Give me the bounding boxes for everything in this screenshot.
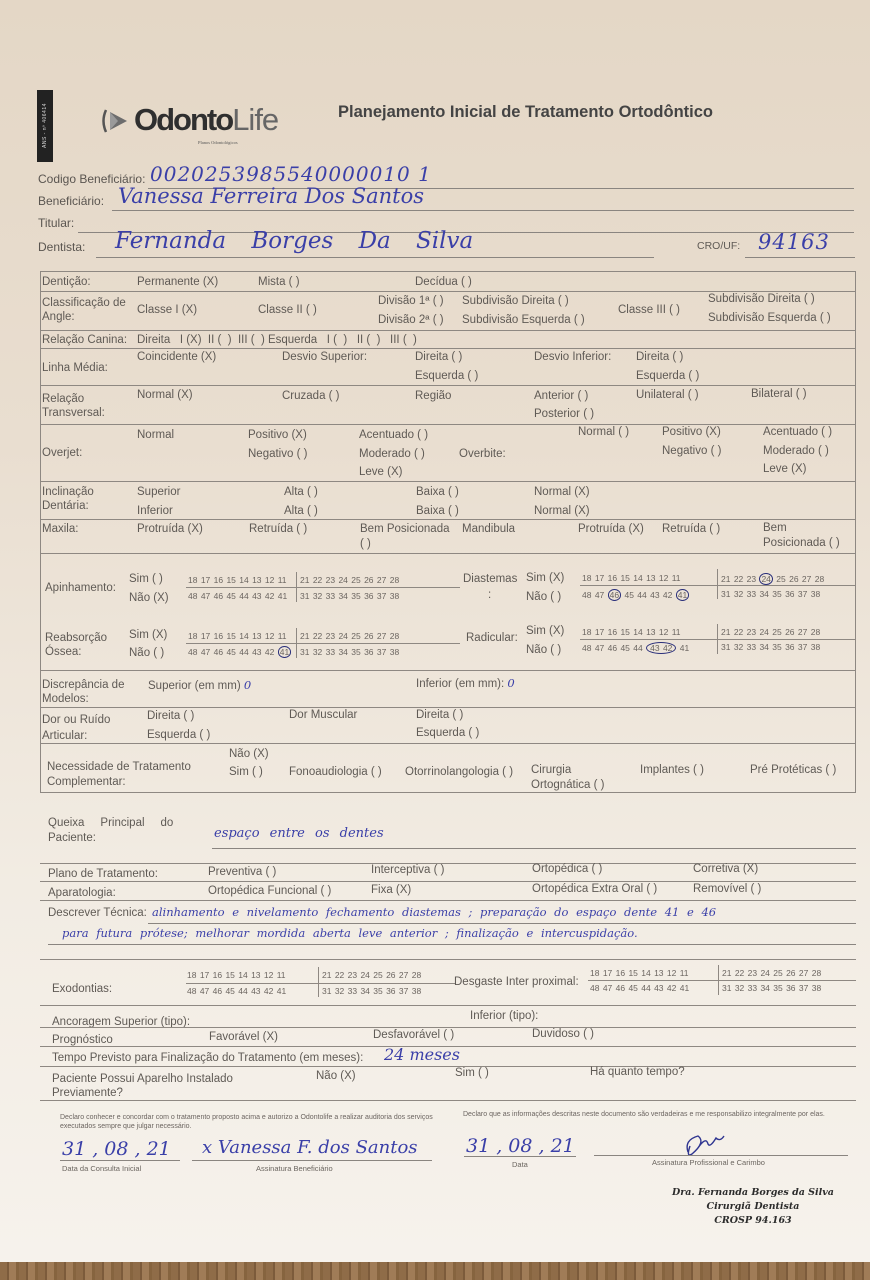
stamp-crosp: CROSP 94.163	[672, 1214, 834, 1228]
divider	[40, 1005, 856, 1006]
mandibula-bem-posicionada-checkbox[interactable]: Posicionada ( )	[763, 537, 840, 549]
assinatura-beneficiario-underline	[192, 1160, 432, 1161]
dentista-row: Dentista:	[38, 240, 85, 254]
teeth-divider	[186, 587, 460, 588]
stamp-name: Dra. Fernanda Borges da Silva	[672, 1186, 834, 1200]
reabsorcao-upper-right-teeth[interactable]: 18 17 16 15 14 13 12 11	[188, 631, 287, 641]
overjet-leve-checkbox[interactable]: Leve (X)	[359, 466, 402, 478]
tecnica-line1[interactable]: alinhamento e nivelamento fechamento dia…	[152, 905, 716, 919]
data-consulta-underline	[60, 1160, 180, 1161]
teeth-divider	[580, 639, 856, 640]
aparatologia-label: Aparatologia:	[48, 887, 116, 899]
transversal-unilateral-checkbox[interactable]: Unilateral ( )	[636, 389, 699, 401]
divider	[40, 553, 856, 554]
transversal-bilateral-checkbox[interactable]: Bilateral ( )	[751, 388, 807, 400]
circled-tooth-41[interactable]: 41	[676, 589, 689, 601]
radicular-nao-checkbox[interactable]: Não ( )	[526, 644, 561, 656]
prognostico-duvidoso-checkbox[interactable]: Duvidoso ( )	[532, 1028, 594, 1040]
necessidade-sim-checkbox[interactable]: Sim ( )	[229, 766, 263, 778]
angle-div1-checkbox[interactable]: Divisão 1ª ( )	[378, 295, 444, 307]
denticao-mista-checkbox[interactable]: Mista ( )	[258, 276, 300, 288]
declaracao-profissional: Declaro que as informações descritas nes…	[463, 1110, 853, 1119]
dentista-label: Dentista:	[38, 240, 85, 254]
apinhamento-nao-checkbox[interactable]: Não (X)	[129, 592, 169, 604]
linha-media-coincidente-checkbox[interactable]: Coincidente (X)	[137, 351, 216, 363]
desvio-inferior-label: Desvio Inferior:	[534, 351, 611, 363]
mandibula-bem-label: Bem	[763, 522, 787, 534]
teeth-midline	[296, 572, 297, 602]
tecnica-underline-1	[148, 923, 856, 924]
assinatura-profissional-underline	[594, 1155, 848, 1156]
overbite-acentuado-checkbox[interactable]: Acentuado ( )	[763, 426, 832, 438]
teeth-divider	[588, 980, 856, 981]
aparelho-previo-label: Paciente Possui Aparelho Instalado Previ…	[52, 1072, 262, 1100]
professional-signature-icon	[680, 1126, 730, 1162]
angle-classe2-checkbox[interactable]: Classe II ( )	[258, 304, 317, 316]
plano-label: Plano de Tratamento:	[48, 868, 158, 880]
teeth-divider	[186, 983, 456, 984]
exodontias-upper-left-teeth[interactable]: 21 22 23 24 25 26 27 28	[322, 970, 421, 980]
beneficiario-row: Beneficiário:	[38, 194, 104, 208]
wooden-table-background	[0, 1262, 870, 1280]
dentista-underline	[96, 257, 654, 258]
desvio-superior-label: Desvio Superior:	[282, 351, 367, 363]
reabsorcao-sim-checkbox[interactable]: Sim (X)	[129, 629, 167, 641]
overjet-normal-option[interactable]: Normal	[137, 429, 174, 441]
table-bottom-border	[40, 792, 856, 793]
desgaste-lower-left-teeth[interactable]: 31 32 33 34 35 36 37 38	[722, 983, 821, 993]
circled-tooth-24[interactable]: 24	[759, 573, 772, 585]
relacao-canina-options[interactable]: Direita I (X) II ( ) III ( ) Esquerda I …	[137, 334, 417, 346]
aparatologia-removivel-checkbox[interactable]: Removível ( )	[693, 883, 761, 895]
desgaste-upper-right-teeth[interactable]: 18 17 16 15 14 13 12 11	[590, 968, 689, 978]
mandibula-label: Mandibula	[462, 523, 515, 535]
aparelho-sim-checkbox[interactable]: Sim ( )	[455, 1067, 489, 1079]
teeth-midline	[296, 628, 297, 658]
titular-label: Titular:	[38, 216, 74, 230]
aparelho-nao-checkbox[interactable]: Não (X)	[316, 1070, 356, 1082]
desgaste-label: Desgaste Inter proximal:	[454, 976, 579, 988]
table-left-border	[40, 271, 41, 792]
logo-text-life: Life	[232, 102, 278, 137]
divider	[40, 291, 856, 292]
overbite-positivo-checkbox[interactable]: Positivo (X)	[662, 426, 721, 438]
table-top-border	[40, 271, 856, 272]
inclinacao-inferior-label: Inferior	[137, 505, 173, 517]
teeth-midline	[717, 624, 718, 654]
page-title: Planejamento Inicial de Tratamento Ortod…	[338, 103, 713, 122]
aparelho-quanto-tempo-field[interactable]: Há quanto tempo?	[590, 1066, 685, 1078]
divider	[40, 348, 856, 349]
maxila-bem-posicionada-label: Bem Posicionada	[360, 523, 450, 535]
stamp-title: Cirurgiã Dentista	[672, 1200, 834, 1214]
overbite-leve-checkbox[interactable]: Leve (X)	[763, 463, 806, 475]
codigo-value[interactable]: 0020253985540000010 1	[150, 162, 432, 186]
transversal-posterior-checkbox[interactable]: Posterior ( )	[534, 408, 594, 420]
queixa-label-line1: Queixa Principal do	[48, 817, 173, 829]
maxila-label: Maxila:	[42, 523, 78, 535]
maxila-retruida-checkbox[interactable]: Retruída ( )	[249, 523, 307, 535]
radicular-sim-checkbox[interactable]: Sim (X)	[526, 625, 564, 637]
cirurgia-ortognatica-checkbox[interactable]: Ortognática ( )	[531, 779, 605, 791]
radicular-upper-right-teeth[interactable]: 18 17 16 15 14 13 12 11	[582, 627, 681, 637]
transversal-anterior-checkbox[interactable]: Anterior ( )	[534, 390, 588, 402]
discrepancia-superior[interactable]: Superior (em mm) 0	[148, 678, 251, 692]
inclinacao-superior-label: Superior	[137, 486, 180, 498]
dor-muscular-esquerda-checkbox[interactable]: Esquerda ( )	[416, 727, 479, 739]
queixa-label-line2: Paciente:	[48, 832, 96, 844]
divider	[40, 881, 856, 882]
inclinacao-inferior-baixa-checkbox[interactable]: Baixa ( )	[416, 505, 459, 517]
overbite-moderado-checkbox[interactable]: Moderado ( )	[763, 445, 829, 457]
exodontias-label: Exodontias:	[52, 983, 112, 995]
diastemas-colon: :	[488, 589, 491, 601]
cro-label: CRO/UF:	[697, 240, 740, 252]
diastemas-upper-right-teeth[interactable]: 18 17 16 15 14 13 12 11	[582, 573, 681, 583]
apinhamento-lower-right-teeth[interactable]: 48 47 46 45 44 43 42 41	[188, 591, 287, 601]
plano-corretiva-checkbox[interactable]: Corretiva (X)	[693, 863, 758, 875]
maxila-protruida-checkbox[interactable]: Protruída (X)	[137, 523, 203, 535]
relacao-transversal-label: Relação Transversal:	[42, 392, 122, 420]
pre-proteticas-checkbox[interactable]: Pré Protéticas ( )	[750, 764, 836, 776]
declaracao-beneficiario: Declaro conhecer e concordar com o trata…	[60, 1113, 440, 1131]
desvio-inferior-esquerda-checkbox[interactable]: Esquerda ( )	[636, 370, 699, 382]
angle-classe3-subdivisao-direita-checkbox[interactable]: Subdivisão Direita ( )	[708, 293, 815, 305]
data-profissional-value[interactable]: 31 , 08 , 21	[466, 1135, 575, 1157]
desgaste-lower-right-teeth[interactable]: 48 47 46 45 44 43 42 41	[590, 983, 689, 993]
apinhamento-lower-left-teeth[interactable]: 31 32 33 34 35 36 37 38	[300, 591, 399, 601]
data-consulta-inicial-caption: Data da Consulta Inicial	[62, 1164, 141, 1173]
queixa-underline	[212, 848, 856, 849]
inclinacao-superior-baixa-checkbox[interactable]: Baixa ( )	[416, 486, 459, 498]
divider	[40, 743, 856, 744]
otorrinolangologia-checkbox[interactable]: Otorrinolangologia ( )	[405, 766, 513, 778]
ans-registration-bar: ANS - nº 406414	[37, 90, 53, 162]
denticao-label: Dentição:	[42, 276, 91, 288]
overjet-positivo-checkbox[interactable]: Positivo (X)	[248, 429, 307, 441]
reabsorcao-lower-right-teeth[interactable]: 48 47 46 45 44 43 42 41	[188, 646, 291, 658]
diastemas-nao-checkbox[interactable]: Não ( )	[526, 591, 561, 603]
inclinacao-superior-alta-checkbox[interactable]: Alta ( )	[284, 486, 318, 498]
reabsorcao-upper-left-teeth[interactable]: 21 22 23 24 25 26 27 28	[300, 631, 399, 641]
teeth-midline	[318, 967, 319, 997]
diastemas-label: Diastemas	[463, 573, 517, 585]
tecnica-line2[interactable]: para futura prótese; melhorar mordida ab…	[62, 926, 638, 940]
cro-underline	[745, 257, 855, 258]
discrepancia-label: Discrepância de Modelos:	[42, 678, 142, 706]
data-profissional-underline	[464, 1156, 576, 1157]
odontolife-logo: OdontoLife Planos Odontológicos	[100, 102, 278, 138]
prognostico-desfavoravel-checkbox[interactable]: Desfavorável ( )	[373, 1029, 454, 1041]
beneficiario-value[interactable]: Vanessa Ferreira Dos Santos	[118, 184, 424, 208]
inclinacao-inferior-alta-checkbox[interactable]: Alta ( )	[284, 505, 318, 517]
data-profissional-caption: Data	[512, 1160, 528, 1169]
inclinacao-inferior-normal-checkbox[interactable]: Normal (X)	[534, 505, 590, 517]
transversal-normal-checkbox[interactable]: Normal (X)	[137, 389, 193, 401]
teeth-divider	[580, 585, 856, 586]
relacao-canina-label: Relação Canina:	[42, 334, 127, 346]
denticao-decidua-checkbox[interactable]: Decídua ( )	[415, 276, 472, 288]
logo-subtitle: Planos Odontológicos	[198, 140, 238, 145]
desvio-inferior-direita-checkbox[interactable]: Direita ( )	[636, 351, 683, 363]
dor-ruido-label: Dor ou Ruído Articular:	[42, 712, 127, 744]
dor-direita-checkbox[interactable]: Direita ( )	[147, 710, 194, 722]
ancoragem-inferior-label[interactable]: Inferior (tipo):	[470, 1010, 538, 1022]
divider	[40, 1100, 856, 1101]
linha-media-label: Linha Média:	[42, 362, 108, 374]
desvio-superior-direita-checkbox[interactable]: Direita ( )	[415, 351, 462, 363]
assinatura-beneficiario-caption: Assinatura Beneficiário	[256, 1164, 333, 1173]
beneficiario-label: Beneficiário:	[38, 194, 104, 208]
plano-ortopedica-checkbox[interactable]: Ortopédica ( )	[532, 863, 602, 875]
dentista-value[interactable]: Fernanda Borges Da Silva	[115, 228, 473, 254]
inclinacao-superior-normal-checkbox[interactable]: Normal (X)	[534, 486, 590, 498]
angle-classe3-checkbox[interactable]: Classe III ( )	[618, 304, 680, 316]
aparatologia-ortopedica-funcional-checkbox[interactable]: Ortopédica Funcional ( )	[208, 885, 331, 897]
overjet-label: Overjet:	[42, 447, 82, 459]
denticao-permanente-checkbox[interactable]: Permanente (X)	[137, 276, 218, 288]
divider	[40, 1066, 856, 1067]
reabsorcao-nao-checkbox[interactable]: Não ( )	[129, 647, 164, 659]
circled-tooth-41[interactable]: 41	[278, 646, 291, 658]
exodontias-upper-right-teeth[interactable]: 18 17 16 15 14 13 12 11	[187, 970, 286, 980]
divider	[40, 519, 856, 520]
dor-muscular-direita-checkbox[interactable]: Direita ( )	[416, 709, 463, 721]
circled-teeth-43-42[interactable]: 43 42	[646, 642, 676, 654]
teeth-divider	[186, 643, 460, 644]
plano-interceptiva-checkbox[interactable]: Interceptiva ( )	[371, 864, 445, 876]
diastemas-lower-right-teeth[interactable]: 48 47 46 45 44 43 42 41	[582, 589, 689, 601]
overjet-acentuado-checkbox[interactable]: Acentuado ( )	[359, 429, 428, 441]
divider	[40, 424, 856, 425]
radicular-lower-left-teeth[interactable]: 31 32 33 34 35 36 37 38	[721, 642, 820, 652]
diastemas-upper-left-teeth[interactable]: 21 22 23 24 25 26 27 28	[721, 573, 824, 585]
titular-row: Titular:	[38, 216, 74, 230]
divider	[40, 959, 856, 960]
data-consulta-inicial-value[interactable]: 31 , 08 , 21	[62, 1138, 171, 1160]
tecnica-label: Descrever Técnica:	[48, 907, 147, 919]
prognostico-favoravel-checkbox[interactable]: Favorável (X)	[209, 1031, 278, 1043]
aparatologia-extra-oral-checkbox[interactable]: Ortopédica Extra Oral ( )	[532, 883, 657, 895]
angle-classe1-checkbox[interactable]: Classe I (X)	[137, 304, 197, 316]
discrepancia-inferior[interactable]: Inferior (em mm): 0	[416, 676, 515, 690]
exodontias-lower-right-teeth[interactable]: 48 47 46 45 44 43 42 41	[187, 986, 286, 996]
necessidade-label: Necessidade de Tratamento Complementar:	[47, 760, 217, 790]
teeth-midline	[718, 965, 719, 995]
overjet-negativo-checkbox[interactable]: Negativo ( )	[248, 448, 307, 460]
circled-tooth-46[interactable]: 46	[608, 589, 621, 601]
apinhamento-sim-checkbox[interactable]: Sim ( )	[129, 573, 163, 585]
divider	[40, 481, 856, 482]
apinhamento-label: Apinhamento:	[45, 582, 116, 594]
tecnica-underline-2	[48, 944, 856, 945]
reabsorcao-label: Reabsorção Óssea:	[45, 631, 125, 659]
cirurgia-label: Cirurgia	[531, 764, 571, 776]
reabsorcao-lower-left-teeth[interactable]: 31 32 33 34 35 36 37 38	[300, 647, 399, 657]
maxila-bem-posicionada-checkbox[interactable]: ( )	[360, 538, 371, 550]
queixa-value[interactable]: espaço entre os dentes	[214, 826, 384, 841]
tempo-previsto-label: Tempo Previsto para Finalização do Trata…	[52, 1052, 363, 1064]
overjet-moderado-checkbox[interactable]: Moderado ( )	[359, 448, 425, 460]
cro-value[interactable]: 94163	[758, 230, 830, 254]
exodontias-lower-left-teeth[interactable]: 31 32 33 34 35 36 37 38	[322, 986, 421, 996]
angle-subdivisao-esquerda-checkbox[interactable]: Subdivisão Esquerda ( )	[462, 314, 585, 326]
tempo-previsto-value[interactable]: 24 meses	[384, 1045, 460, 1064]
angle-label: Classificação de Angle:	[42, 296, 136, 324]
diastemas-sim-checkbox[interactable]: Sim (X)	[526, 572, 564, 584]
transversal-regiao-label: Região	[415, 390, 451, 402]
assinatura-beneficiario-signature[interactable]: x Vanessa F. dos Santos	[202, 1137, 418, 1158]
apinhamento-upper-left-teeth[interactable]: 21 22 23 24 25 26 27 28	[300, 575, 399, 585]
divider	[40, 707, 856, 708]
logo-mark-icon	[100, 106, 130, 136]
desvio-superior-esquerda-checkbox[interactable]: Esquerda ( )	[415, 370, 478, 382]
transversal-cruzada-checkbox[interactable]: Cruzada ( )	[282, 390, 340, 402]
logo-text-odonto: Odonto	[134, 102, 232, 137]
plano-preventiva-checkbox[interactable]: Preventiva ( )	[208, 866, 276, 878]
diastemas-lower-left-teeth[interactable]: 31 32 33 34 35 36 37 38	[721, 589, 820, 599]
table-right-border	[855, 271, 856, 792]
mandibula-protruida-checkbox[interactable]: Protruída (X)	[578, 523, 644, 535]
angle-classe3-subdivisao-esquerda-checkbox[interactable]: Subdivisão Esquerda ( )	[708, 312, 831, 324]
teeth-midline	[717, 569, 718, 599]
angle-subdivisao-direita-checkbox[interactable]: Subdivisão Direita ( )	[462, 295, 569, 307]
divider	[40, 385, 856, 386]
inclinacao-label: Inclinação Dentária:	[42, 485, 122, 513]
desgaste-upper-left-teeth[interactable]: 21 22 23 24 25 26 27 28	[722, 968, 821, 978]
dentist-stamp: Dra. Fernanda Borges da Silva Cirurgiã D…	[672, 1186, 834, 1228]
overbite-normal-checkbox[interactable]: Normal ( )	[578, 426, 629, 438]
angle-div2-checkbox[interactable]: Divisão 2ª ( )	[378, 314, 444, 326]
radicular-lower-right-teeth[interactable]: 48 47 46 45 44 43 42 41	[582, 642, 689, 654]
assinatura-profissional-caption: Assinatura Profissional e Carimbo	[652, 1158, 765, 1167]
beneficiario-underline	[112, 210, 854, 211]
divider	[40, 670, 856, 671]
dor-muscular-label: Dor Muscular	[289, 709, 357, 721]
divider	[40, 1027, 856, 1028]
implantes-checkbox[interactable]: Implantes ( )	[640, 764, 704, 776]
radicular-upper-left-teeth[interactable]: 21 22 23 24 25 26 27 28	[721, 627, 820, 637]
discrepancia-superior-value[interactable]: 0	[244, 678, 251, 692]
divider	[40, 900, 856, 901]
divider	[40, 330, 856, 331]
radicular-label: Radicular:	[466, 632, 518, 644]
necessidade-nao-checkbox[interactable]: Não (X)	[229, 748, 269, 760]
fonoaudiologia-checkbox[interactable]: Fonoaudiologia ( )	[289, 766, 382, 778]
mandibula-retruida-checkbox[interactable]: Retruída ( )	[662, 523, 720, 535]
apinhamento-upper-right-teeth[interactable]: 18 17 16 15 14 13 12 11	[188, 575, 287, 585]
prognostico-label: Prognóstico	[52, 1034, 113, 1046]
overbite-label: Overbite:	[459, 448, 506, 460]
form-paper: ANS - nº 406414 OdontoLife Planos Odonto…	[0, 0, 870, 1264]
aparatologia-fixa-checkbox[interactable]: Fixa (X)	[371, 884, 411, 896]
overbite-negativo-checkbox[interactable]: Negativo ( )	[662, 445, 721, 457]
dor-esquerda-checkbox[interactable]: Esquerda ( )	[147, 729, 210, 741]
discrepancia-inferior-value[interactable]: 0	[507, 676, 514, 690]
